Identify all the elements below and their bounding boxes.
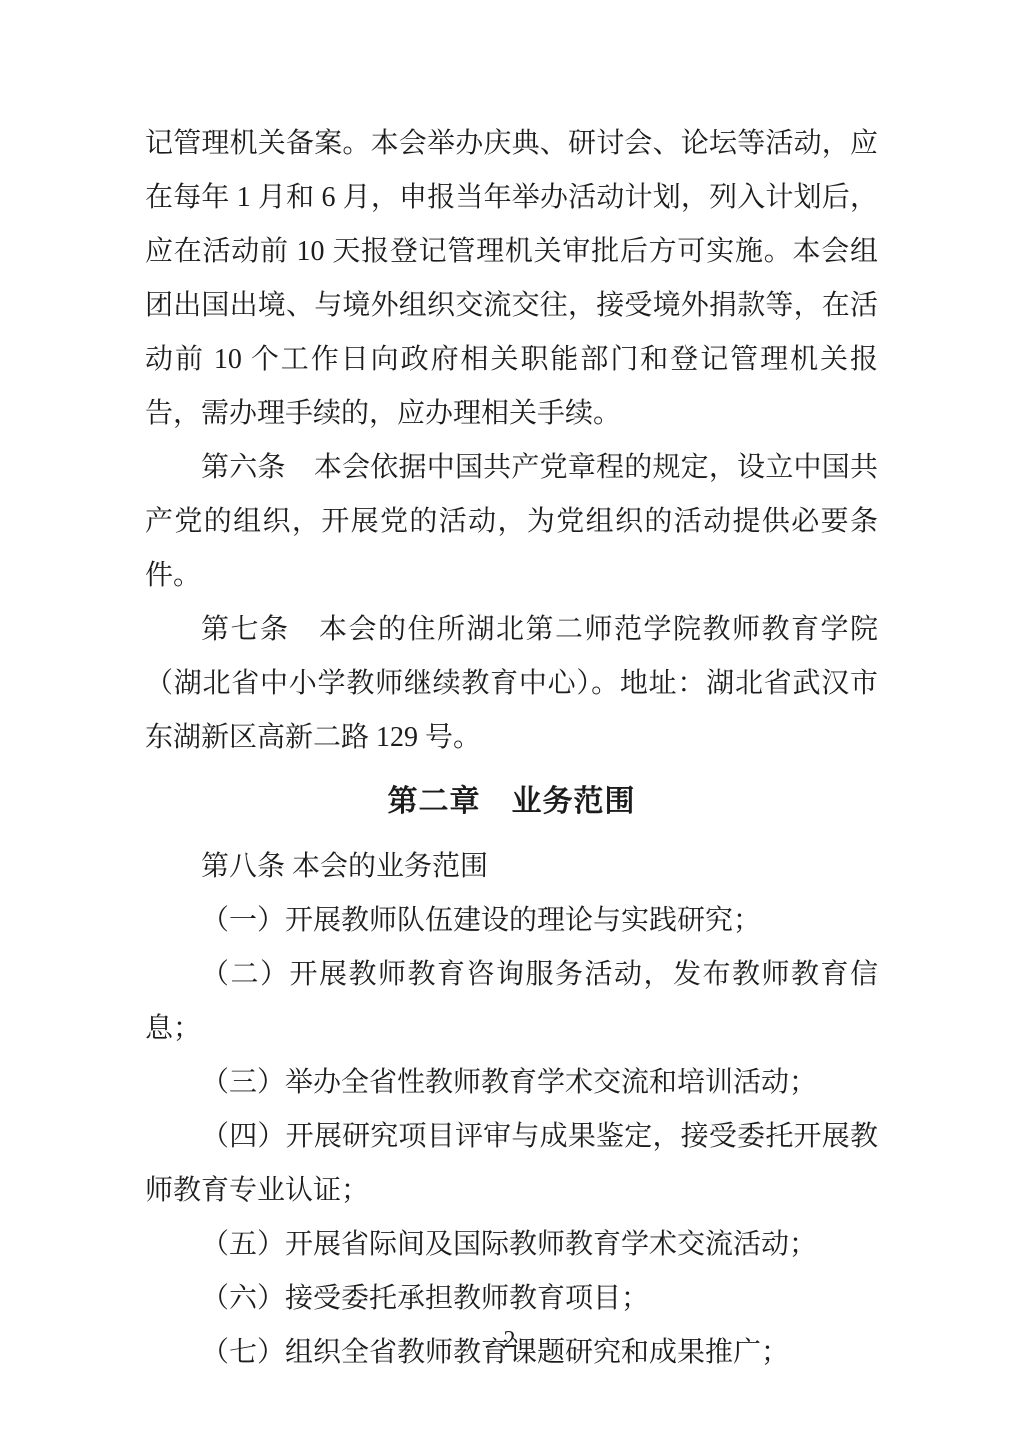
paragraph-article-6: 第六条 本会依据中国共产党章程的规定，设立中国共产党的组织，开展党的活动，为党组…	[145, 441, 878, 603]
paragraph-article-7: 第七条 本会的住所湖北第二师范学院教师教育学院（湖北省中小学教师继续教育中心）。…	[145, 603, 878, 765]
list-item-1: （一）开展教师队伍建设的理论与实践研究；	[145, 894, 878, 948]
list-item-3: （三）举办全省性教师教育学术交流和培训活动；	[145, 1056, 878, 1110]
list-item-2: （二）开展教师教育咨询服务活动，发布教师教育信息；	[145, 948, 878, 1056]
list-item-5: （五）开展省际间及国际教师教育学术交流活动；	[145, 1218, 878, 1272]
list-item-6: （六）接受委托承担教师教育项目；	[145, 1272, 878, 1326]
paragraph-registration-activities: 记管理机关备案。本会举办庆典、研讨会、论坛等活动，应在每年 1 月和 6 月，申…	[145, 117, 878, 441]
paragraph-article-8: 第八条 本会的业务范围	[145, 840, 878, 894]
document-page: 记管理机关备案。本会举办庆典、研讨会、论坛等活动，应在每年 1 月和 6 月，申…	[0, 0, 1019, 1441]
page-number: 2	[0, 1326, 1019, 1354]
chapter-2-heading: 第二章 业务范围	[145, 775, 878, 829]
page-content: 记管理机关备案。本会举办庆典、研讨会、论坛等活动，应在每年 1 月和 6 月，申…	[0, 0, 1019, 1380]
list-item-4: （四）开展研究项目评审与成果鉴定，接受委托开展教师教育专业认证；	[145, 1110, 878, 1218]
